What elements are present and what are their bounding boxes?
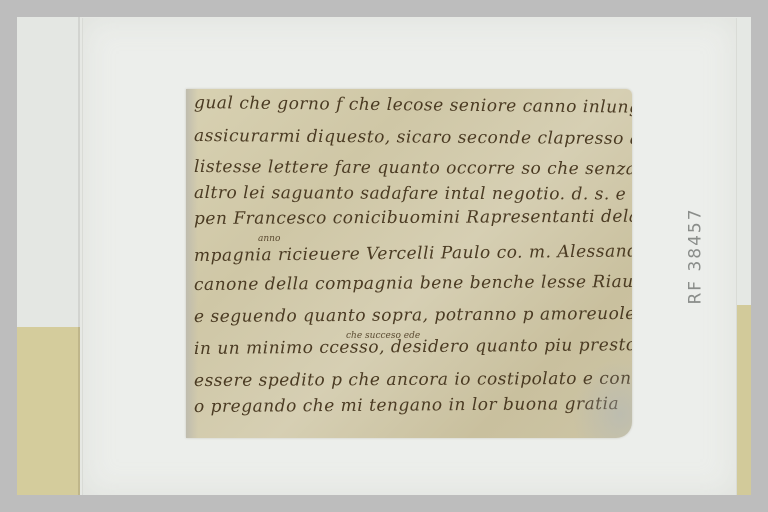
- manuscript-line: canone della compagnia bene benche lesse…: [194, 272, 632, 295]
- manuscript-line: listesse lettere fare quanto occorre so …: [194, 157, 632, 180]
- right-mount-edge-light: [735, 17, 751, 305]
- interlinear-note: anno: [258, 234, 280, 244]
- manuscript-line: gual che gorno f che lecose seniore cann…: [194, 93, 632, 118]
- left-mount-edge-tan: [17, 327, 80, 495]
- manuscript-line: assicurarmi diquesto, sicaro seconde cla…: [194, 126, 632, 150]
- inventory-number-label: RF 38457: [676, 198, 716, 314]
- manuscript-line: pen Francesco conicibuomini Rapresentant…: [194, 207, 632, 229]
- manuscript-line: altro lei saguanto sadafare intal negoti…: [194, 183, 632, 205]
- manuscript-line: in un minimo ccesso, desidero quanto piu…: [194, 334, 632, 359]
- manuscript-line: e seguendo quanto sopra, potranno p amor…: [194, 303, 632, 327]
- manuscript-sheet: gual che gorno f che lecose seniore cann…: [186, 89, 632, 438]
- manuscript-line: mpagnia ricieuere Vercelli Paulo co. m. …: [194, 241, 632, 266]
- manuscript-line: o pregando che mi tengano in lor buona g…: [194, 394, 619, 417]
- right-mount-edge-tan: [735, 305, 751, 495]
- inventory-number-text: RF 38457: [686, 207, 706, 304]
- left-mount-edge-light: [17, 17, 80, 327]
- manuscript-line: essere spedito p che ancora io costipola…: [194, 368, 632, 391]
